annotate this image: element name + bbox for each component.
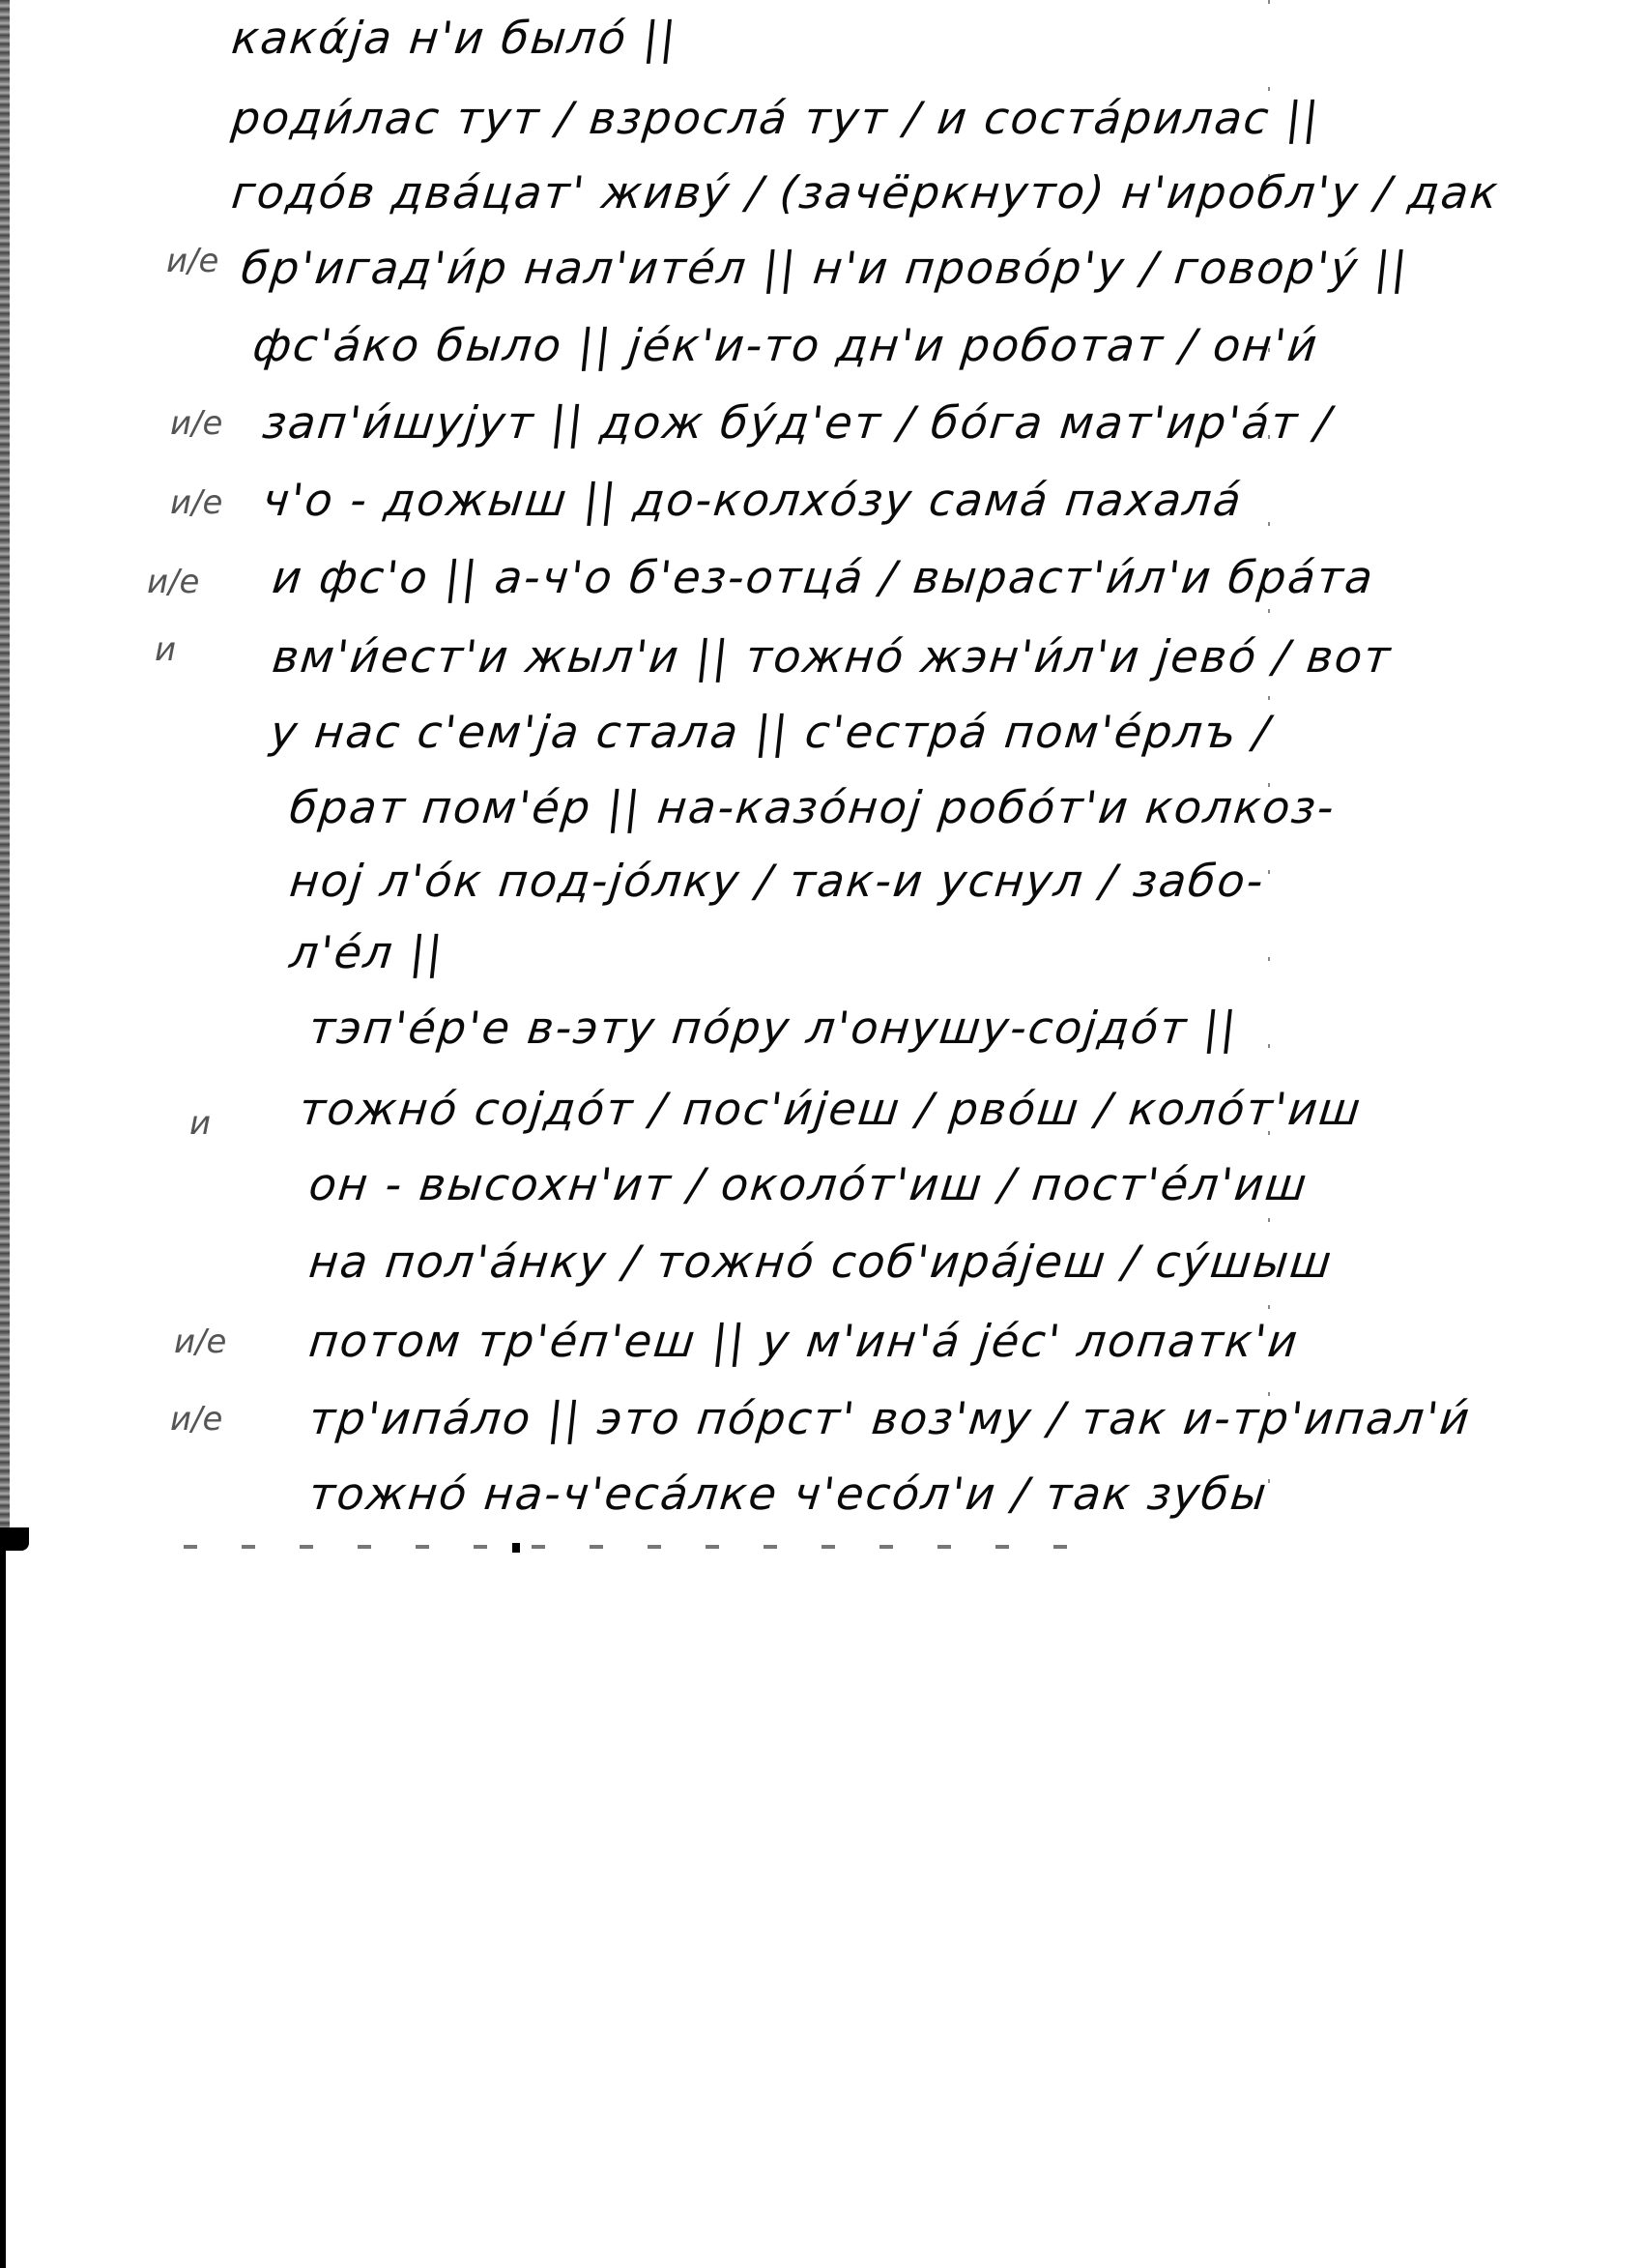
text-line-2: роди́лас тут / взросла́ тут / и соста́ри… <box>229 92 1323 144</box>
text-line-18: потом тр'е́п'еш || у м'ин'а́ је́с' лопат… <box>306 1315 1302 1367</box>
text-line-14: тэп'е́р'е в-эту по́ру л'онушу-сојдо́т || <box>306 1002 1240 1054</box>
text-line-13: л'е́л || <box>287 926 447 978</box>
text-line-4: бр'игад'и́р нал'ите́л || н'и прово́р'у /… <box>239 242 1411 294</box>
margin-note: и/е <box>170 1400 222 1439</box>
scan-left-edge <box>0 0 10 1547</box>
text-line-8: и фс'о || а-ч'о б'ез-отца́ / выраст'и́л'… <box>270 551 1377 603</box>
text-line-15: тожно́ сојдо́т / пос'и́јеш / рво́ш / кол… <box>297 1083 1365 1135</box>
text-line-10: у нас с'ем'ја стала || с'естра́ пом'е́рл… <box>268 706 1273 758</box>
margin-note: и/е <box>170 404 222 443</box>
text-line-16: он - высохн'ит / около́т'иш / пост'е́л'и… <box>306 1158 1311 1210</box>
text-line-19: тр'ипа́ло || это по́рст' воз'му / так и-… <box>306 1392 1474 1444</box>
text-line-7: ч'о - дожыш || до-колхо́зу сама́ пахала́ <box>260 474 1245 526</box>
margin-note: и/е <box>174 1323 226 1361</box>
text-line-9: вм'и́ест'и жыл'и || тожно́ жэн'и́л'и јев… <box>270 630 1395 683</box>
margin-note: и <box>189 1104 211 1143</box>
text-line-3: годо́в два́цат' живу́ / (зачёркнуто) н'и… <box>229 166 1502 218</box>
text-line-12: ној л'о́к под-јо́лку / так-и уснул / заб… <box>287 855 1267 907</box>
scan-left-edge-lower <box>0 1547 6 2268</box>
margin-note: и/е <box>170 483 222 522</box>
text-line-17: на пол'а́нку / тожно́ соб'ира́јеш / су́ш… <box>306 1236 1336 1288</box>
margin-note: и/е <box>147 563 199 601</box>
text-line-5: фс'а́ко было || је́к'и-то дн'и роботат /… <box>250 319 1321 371</box>
margin-note: и/е <box>166 242 218 280</box>
scan-bottom-artifacts <box>184 1545 1111 1549</box>
text-line-20: тожно́ на-ч'еса́лке ч'есо́л'и / так зубы <box>306 1468 1270 1520</box>
text-line-11: брат пом'е́р || на-казо́ној робо́т'и кол… <box>287 781 1338 833</box>
margin-note: и <box>155 630 176 669</box>
text-line-6: зап'и́шујут || дож бу́д'ет / бо́га мат'и… <box>260 396 1335 449</box>
scan-mark <box>512 1543 520 1553</box>
text-line-1: какάја н'и было́ || <box>229 12 679 64</box>
scanned-page: и/е и/е и/е и/е и и и/е и/е какάја н'и б… <box>0 0 1643 2268</box>
